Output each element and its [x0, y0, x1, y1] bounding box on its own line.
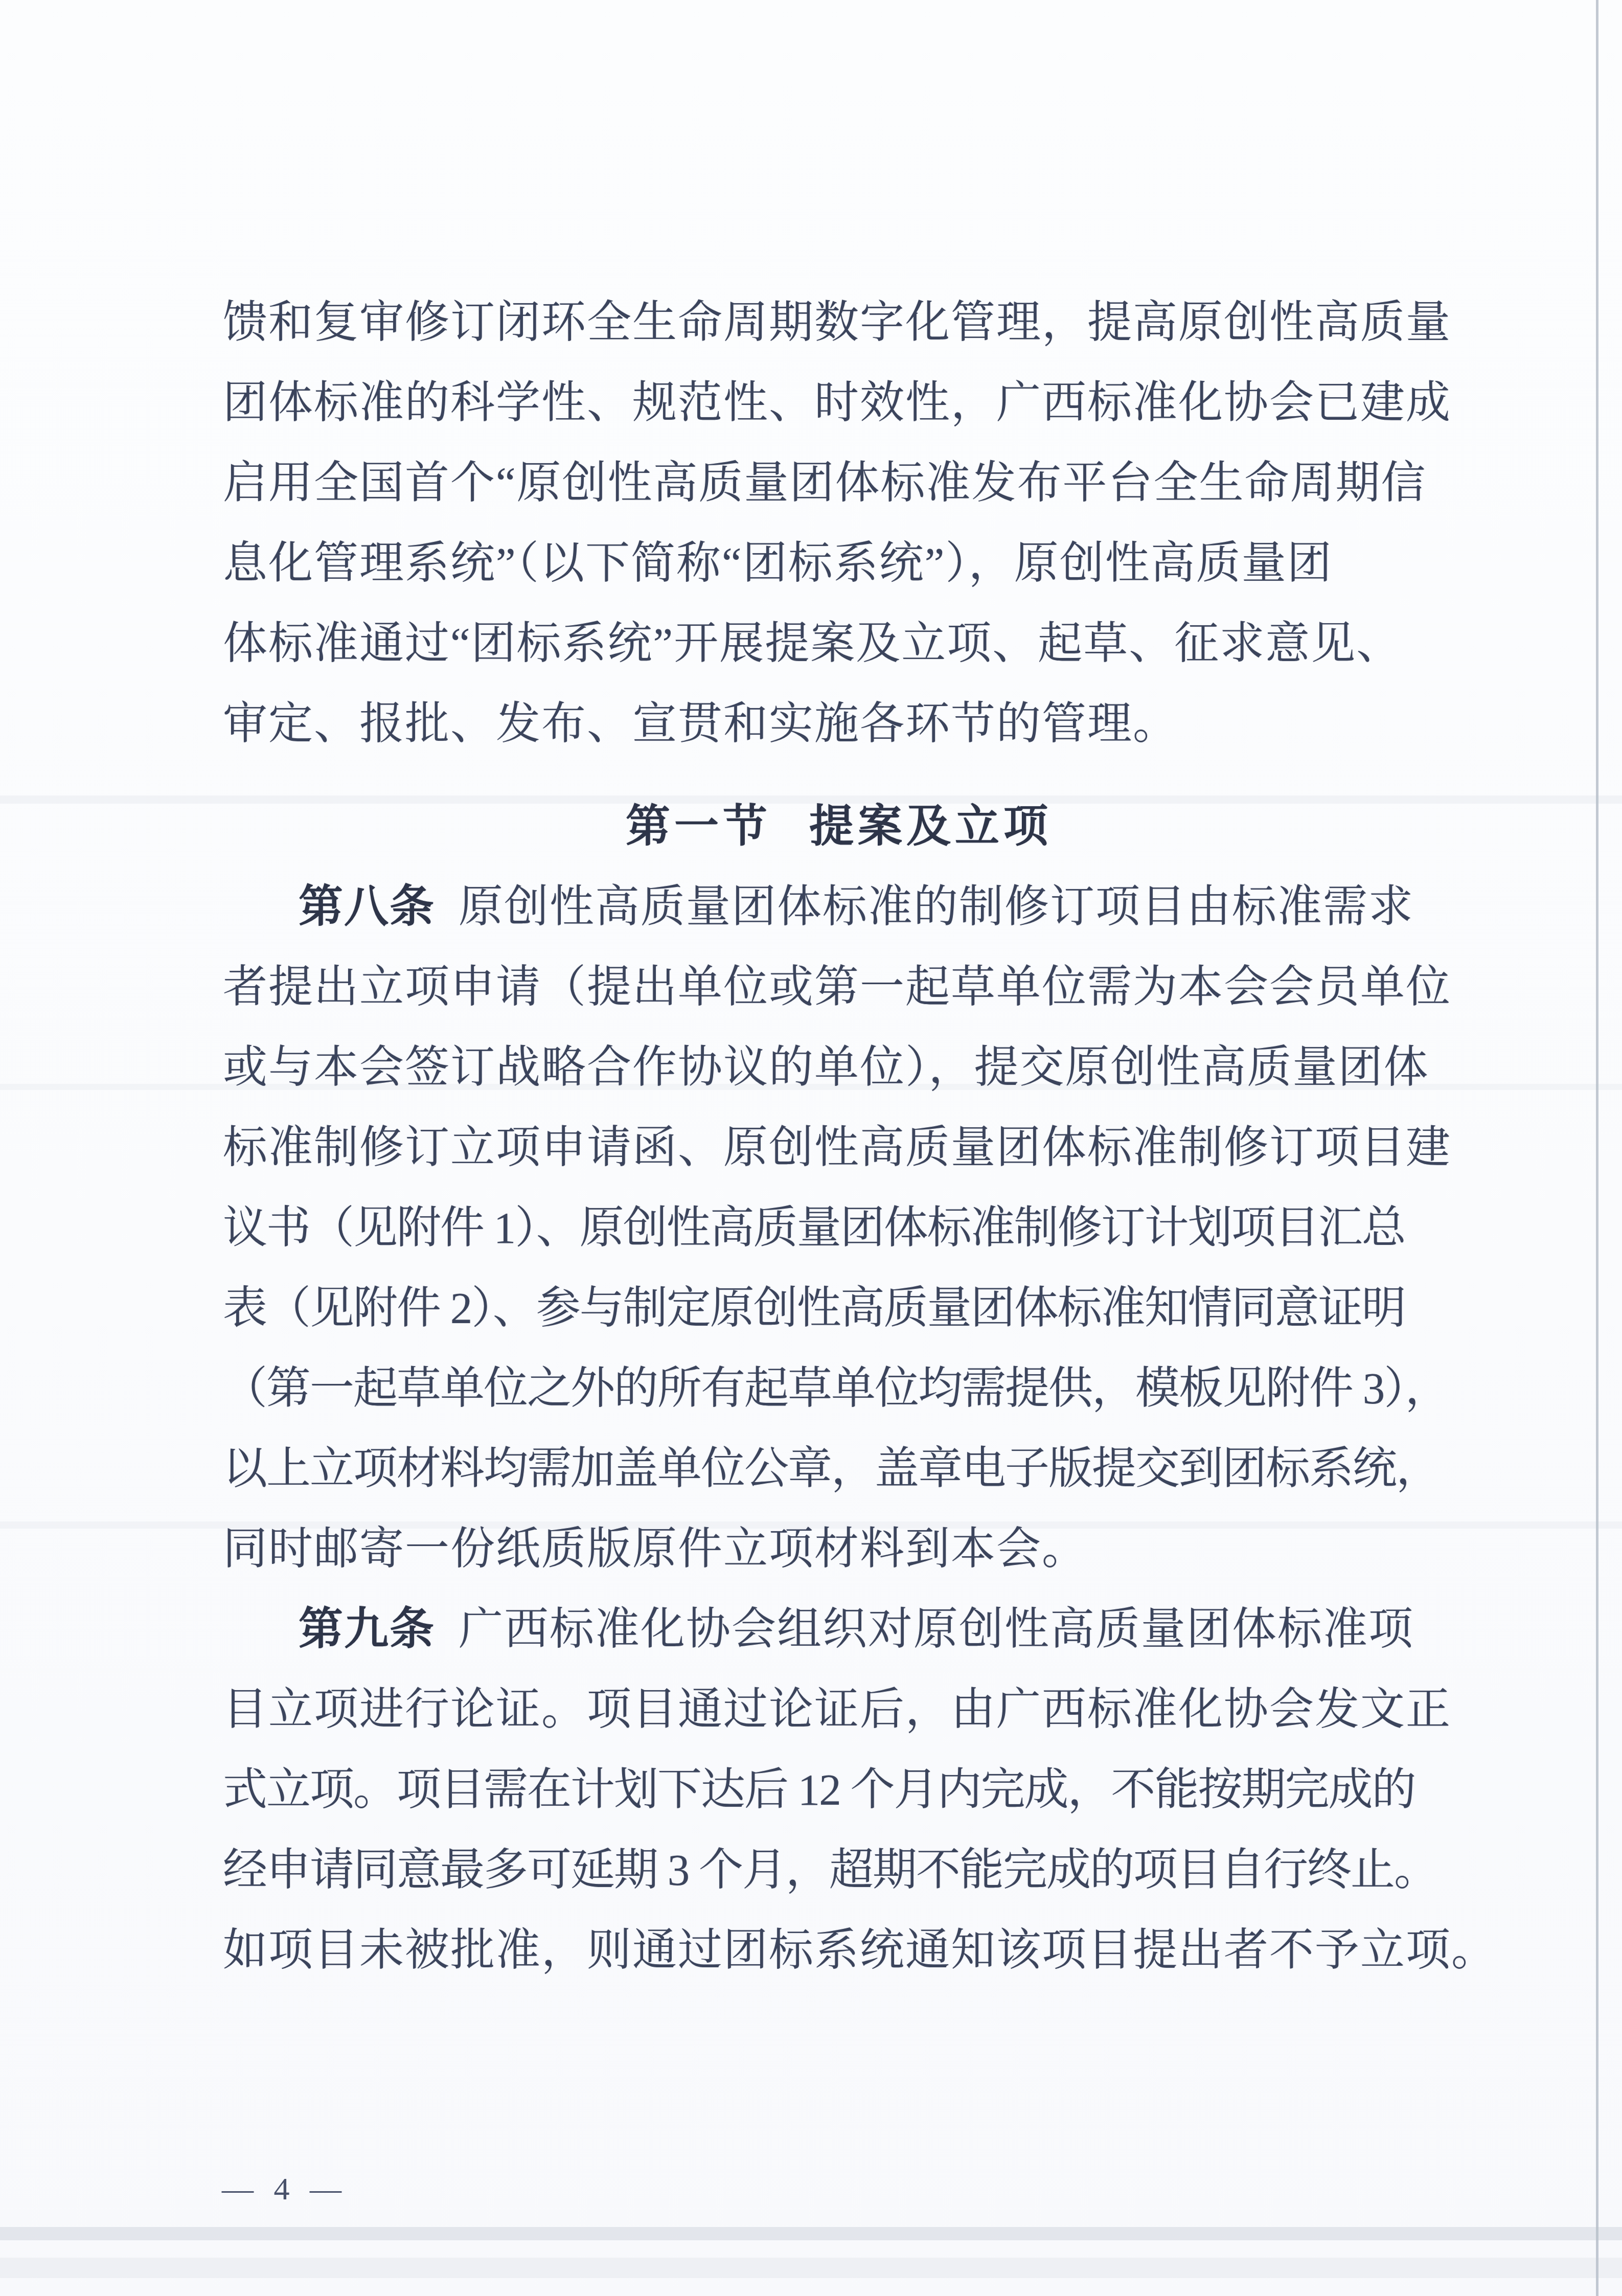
text-line: 息化管理系统”（以下简称“团标系统”），原创性高质量团 [223, 523, 1455, 603]
line-text: 者提出立项申请（提出单位或第一起草单位需为本会会员单位 [223, 962, 1451, 1012]
line-text: 审定、报批、发布、宣贯和实施各环节的管理。 [223, 699, 1178, 748]
text-line: 目立项进行论证。项目通过论证后，由广西标准化协会发文正 [223, 1669, 1455, 1749]
text-line: 经申请同意最多可延期 3 个月，超期不能完成的项目自行终止。 [223, 1830, 1455, 1910]
line-text: 馈和复审修订闭环全生命周期数字化管理，提高原创性高质量 [223, 298, 1451, 347]
text-line: 以上立项材料均需加盖单位公章，盖章电子版提交到团标系统， [223, 1428, 1455, 1509]
text-line: 审定、报批、发布、宣贯和实施各环节的管理。 [223, 684, 1455, 764]
line-text: 式立项。项目需在计划下达后 12 个月内完成，不能按期完成的 [223, 1765, 1415, 1814]
text-line: 团体标准的科学性、规范性、时效性，广西标准化协会已建成 [223, 362, 1455, 443]
text-line: 体标准通过“团标系统”开展提案及立项、起草、征求意见、 [223, 603, 1455, 684]
text-line: 者提出立项申请（提出单位或第一起草单位需为本会会员单位 [223, 947, 1455, 1027]
line-text: 目立项进行论证。项目通过论证后，由广西标准化协会发文正 [223, 1685, 1451, 1734]
text-line: 如项目未被批准，则通过团标系统通知该项目提出者不予立项。 [223, 1910, 1455, 1990]
text-line: （第一起草单位之外的所有起草单位均需提供，模板见附件 3）， [223, 1348, 1455, 1428]
text-line: 第八条原创性高质量团体标准的制修订项目由标准需求 [223, 867, 1455, 947]
text-line: 议书（见附件 1）、原创性高质量团体标准制修订计划项目汇总 [223, 1188, 1455, 1268]
scan-edge-line [1596, 0, 1598, 2296]
line-text: 以上立项材料均需加盖单位公章，盖章电子版提交到团标系统， [223, 1444, 1440, 1493]
line-text: 表（见附件 2）、参与制定原创性高质量团体标准知情同意证明 [223, 1283, 1405, 1333]
article-number: 第八条 [299, 882, 435, 931]
line-text: 或与本会签订战略合作协议的单位），提交原创性高质量团体 [223, 1042, 1429, 1092]
text-line: 同时邮寄一份纸质版原件立项材料到本会。 [223, 1509, 1455, 1589]
line-text: 第一节 提案及立项 [626, 802, 1052, 851]
line-text: 如项目未被批准，则通过团标系统通知该项目提出者不予立项。 [223, 1925, 1497, 1975]
page-number: — 4 — [222, 2158, 348, 2220]
line-text: 广西标准化协会组织对原创性高质量团体标准项 [459, 1604, 1414, 1654]
text-line: 表（见附件 2）、参与制定原创性高质量团体标准知情同意证明 [223, 1268, 1455, 1348]
document-page: 馈和复审修订闭环全生命周期数字化管理，提高原创性高质量团体标准的科学性、规范性、… [0, 0, 1622, 2296]
document-body: 馈和复审修订闭环全生命周期数字化管理，提高原创性高质量团体标准的科学性、规范性、… [223, 282, 1455, 1990]
scan-artifact-band [0, 2258, 1622, 2278]
line-text: 团体标准的科学性、规范性、时效性，广西标准化协会已建成 [223, 378, 1451, 427]
line-text: （第一起草单位之外的所有起草单位均需提供，模板见附件 3）， [223, 1363, 1449, 1413]
line-text: 议书（见附件 1）、原创性高质量团体标准制修订计划项目汇总 [223, 1203, 1405, 1253]
text-line: 标准制修订立项申请函、原创性高质量团体标准制修订项目建 [223, 1107, 1455, 1188]
line-text: 启用全国首个“原创性高质量团体标准发布平台全生命周期信 [223, 458, 1427, 508]
section-heading: 第一节 提案及立项 [223, 786, 1455, 867]
text-line: 第九条广西标准化协会组织对原创性高质量团体标准项 [223, 1589, 1455, 1669]
line-text: 原创性高质量团体标准的制修订项目由标准需求 [459, 882, 1414, 931]
line-text: 经申请同意最多可延期 3 个月，超期不能完成的项目自行终止。 [223, 1845, 1437, 1895]
line-text: 体标准通过“团标系统”开展提案及立项、起草、征求意见、 [223, 619, 1402, 668]
text-line: 启用全国首个“原创性高质量团体标准发布平台全生命周期信 [223, 443, 1455, 523]
line-text: 息化管理系统”（以下简称“团标系统”），原创性高质量团 [223, 538, 1333, 588]
article-number: 第九条 [299, 1604, 435, 1654]
line-text: 标准制修订立项申请函、原创性高质量团体标准制修订项目建 [223, 1123, 1451, 1172]
text-line: 或与本会签订战略合作协议的单位），提交原创性高质量团体 [223, 1027, 1455, 1107]
text-line: 式立项。项目需在计划下达后 12 个月内完成，不能按期完成的 [223, 1749, 1455, 1830]
line-text: 同时邮寄一份纸质版原件立项材料到本会。 [223, 1524, 1087, 1574]
text-line: 馈和复审修订闭环全生命周期数字化管理，提高原创性高质量 [223, 282, 1455, 362]
scan-artifact-band [0, 2227, 1622, 2240]
